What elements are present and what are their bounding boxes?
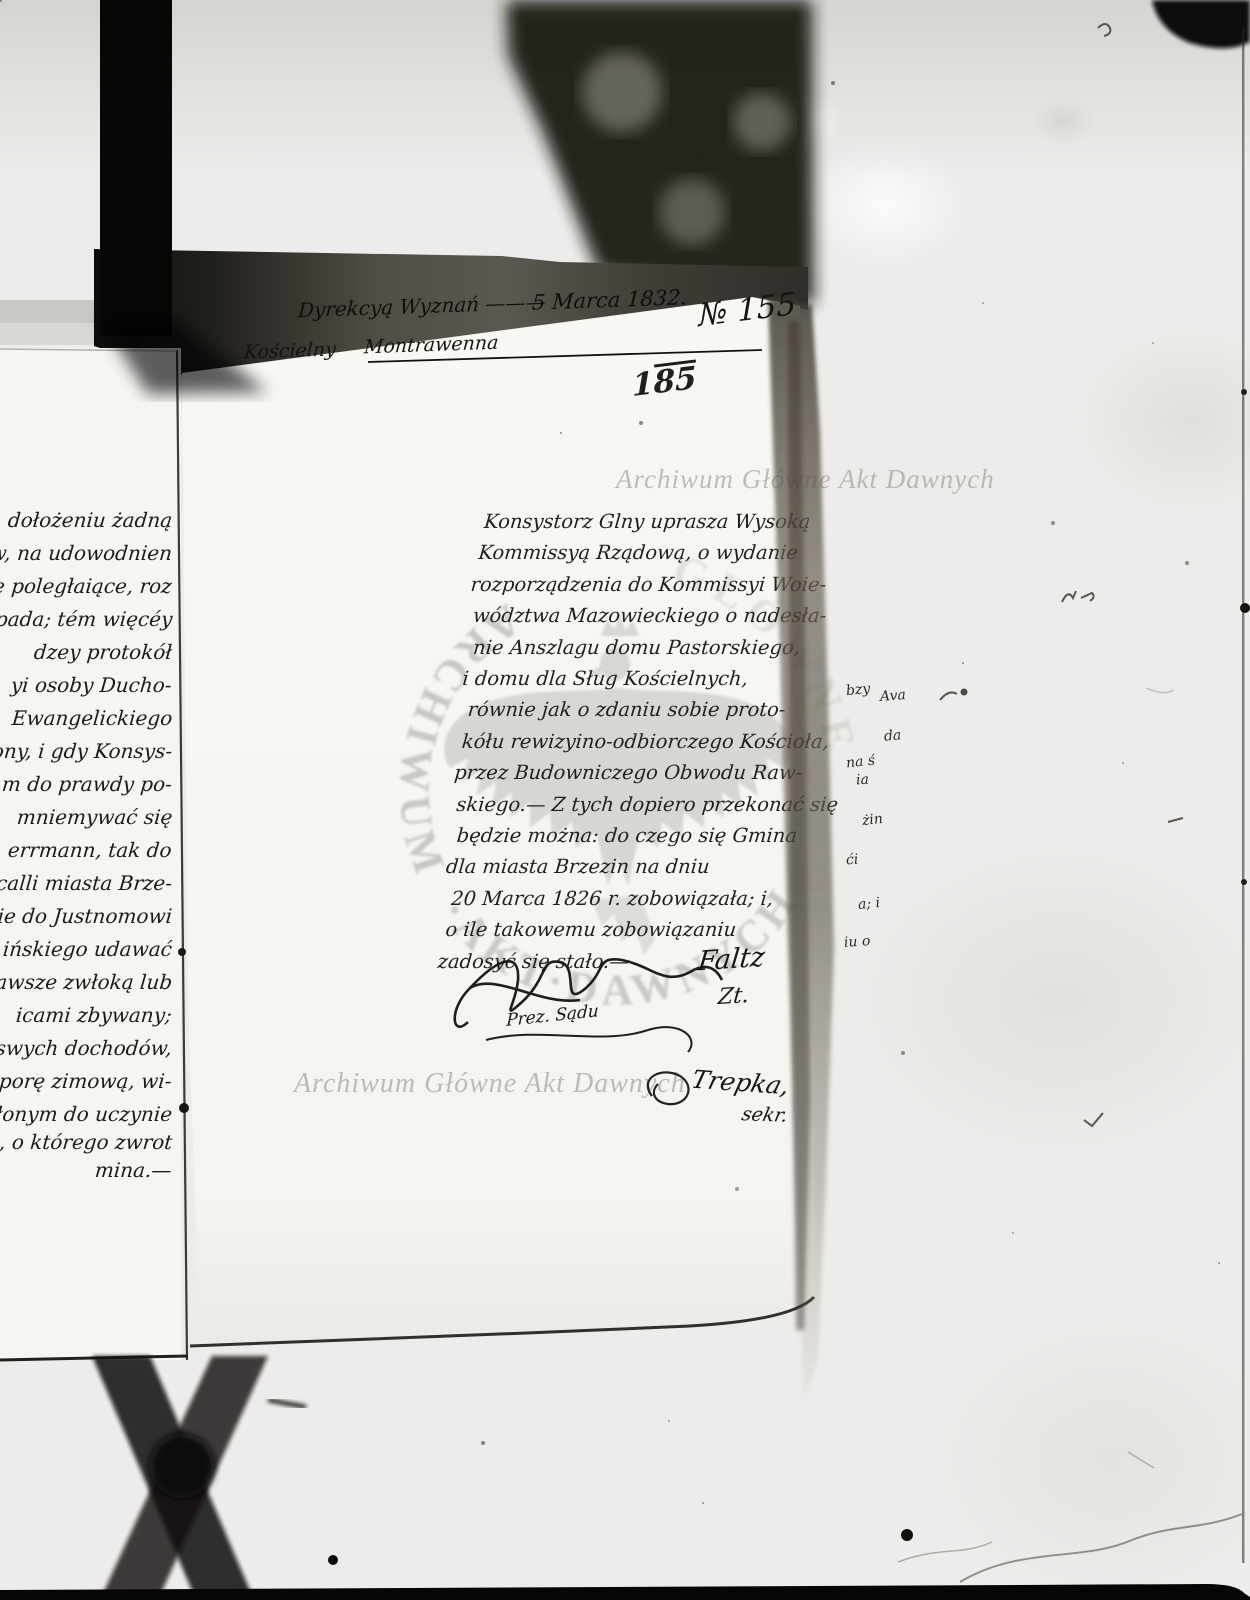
header-underline [0,0,1250,400]
edge-text-fragment: bzy [845,681,871,699]
edge-text-fragment: da [883,727,902,744]
edge-text-fragment: żin [861,811,883,829]
edge-text-fragment: ći [845,852,858,869]
edge-text-fragment: ia [856,772,870,789]
edge-text-fragment: na ś [845,753,876,772]
archival-photo-stage: ARCHIWUM ·AKT·DAWNYCH· GŁÓWNE Archiwum G… [0,0,1250,1600]
dust-specks [0,0,2,2]
edge-text-fragment: a; i [857,895,880,913]
edge-text-fragment: Ava [879,687,906,705]
edge-text-fragment: iu o [843,933,870,951]
